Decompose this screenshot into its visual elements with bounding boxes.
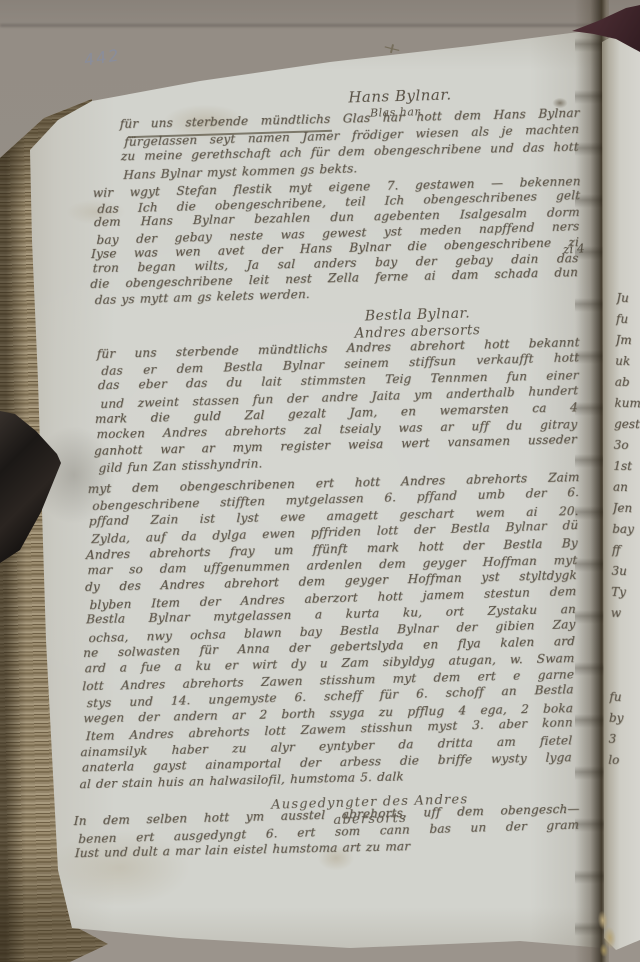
cross-mark: + [380,40,403,58]
handwritten-line: Ju [616,288,640,309]
backdrop-seam [0,24,640,27]
handwritten-line: fu [609,687,637,708]
handwritten-line: by [609,708,637,729]
binding-thread [592,907,623,957]
manuscript-photo: { "photo": { "description": "Photograph … [0,0,640,962]
handwritten-line: an [613,477,640,498]
handwritten-line: ff [612,540,640,561]
handwritten-line: w [611,603,639,624]
handwritten-line: gest [614,414,640,435]
page-number: 442 [83,47,122,69]
paragraph: wir wgyt Stefan flestik myt eigene 7. ge… [90,174,581,308]
handwritten-line [609,666,637,687]
paragraph: für uns sterbende mündtlichs Andres abre… [93,334,579,476]
handwritten-line: uk [615,351,640,372]
handwritten-line: fu [616,309,640,330]
paragraph: myt dem obengeschribenen ert hott Andres… [79,469,580,793]
handwritten-line: Jm [615,330,640,351]
paragraph: für uns sterbende mündtlichs Glas har ho… [118,105,580,183]
handwritten-line [610,645,638,666]
handwritten-line: 3o [614,435,640,456]
handwritten-line: kum [614,393,640,414]
handwritten-line: Ty [611,582,639,603]
handwritten-line: 1st [613,456,640,477]
handwritten-line: Jen [612,498,640,519]
handwritten-line: 3u [611,561,639,582]
handwritten-line: ab [615,372,640,393]
handwritten-line: 3 [608,729,636,750]
handwritten-line: bay [612,519,640,540]
handwritten-line [610,624,638,645]
handwritten-line: lo [608,750,636,771]
